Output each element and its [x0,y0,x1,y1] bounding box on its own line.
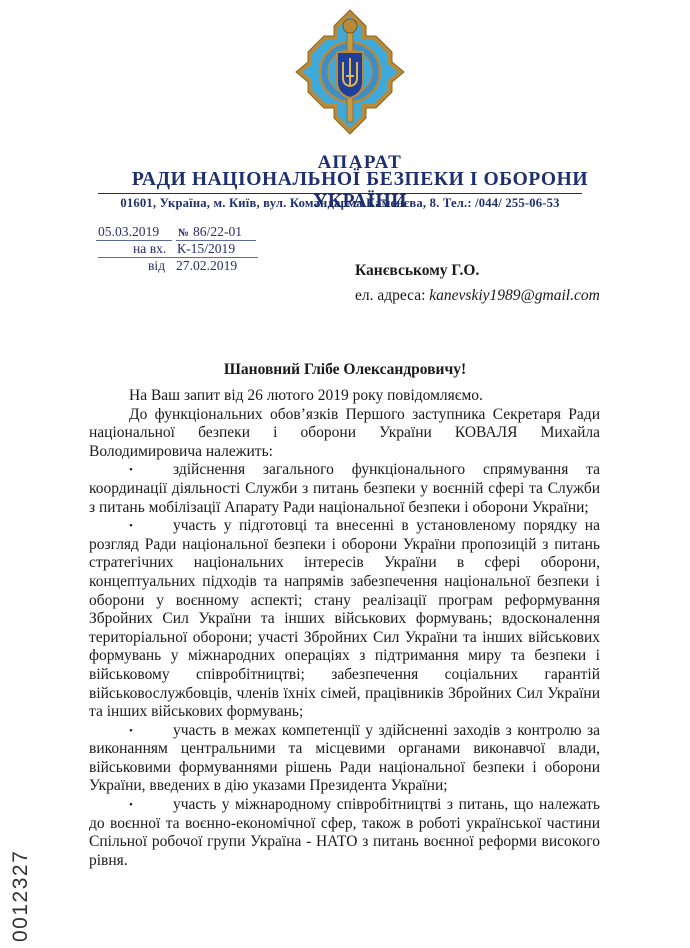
intro-paragraph: На Ваш запит від 26 лютого 2019 року пов… [89,387,600,406]
email-label: ел. адреса: [355,287,429,304]
email-address[interactable]: kanevskiy1989@gmail.com [429,287,600,304]
bullet-icon: • [129,796,173,815]
from-label: від [148,258,165,274]
bullet-icon: • [129,722,173,741]
list-item: •здійснення загального функціонального с… [89,461,600,517]
letterhead-divider [98,193,582,194]
lead-paragraph: До функціональних обов’язків Першого зас… [89,406,600,462]
list-item: •участь в межах компетенції у здійсненні… [89,722,600,796]
letterhead-address: 01601, Україна, м. Київ, вул. Командарма… [98,196,582,211]
from-date: 27.02.2019 [176,258,237,274]
list-item: •участь у підготовці та внесенні в устан… [89,517,600,722]
letter-body: На Ваш запит від 26 лютого 2019 року пов… [89,387,600,870]
recipient-email-line: ел. адреса: kanevskiy1989@gmail.com [355,287,600,305]
incoming-label: на вх. [133,241,166,257]
list-item-text: участь у підготовці та внесенні в устано… [89,517,600,720]
outgoing-date: 05.03.2019 [98,224,159,240]
incoming-number: К-15/2019 [177,241,235,257]
outgoing-number: 86/22-01 [193,224,242,240]
number-sign: № [178,227,189,239]
bullet-icon: • [129,517,173,536]
bullet-icon: • [129,461,173,480]
salutation: Шановний Глібе Олександровичу! [0,361,690,379]
nsdc-emblem-icon [292,6,408,138]
recipient-name: Канєвському Г.О. [355,262,479,280]
list-item: •участь у міжнародному співробітництві з… [89,796,600,870]
stamp-serial-number: 0012327 [9,850,33,942]
